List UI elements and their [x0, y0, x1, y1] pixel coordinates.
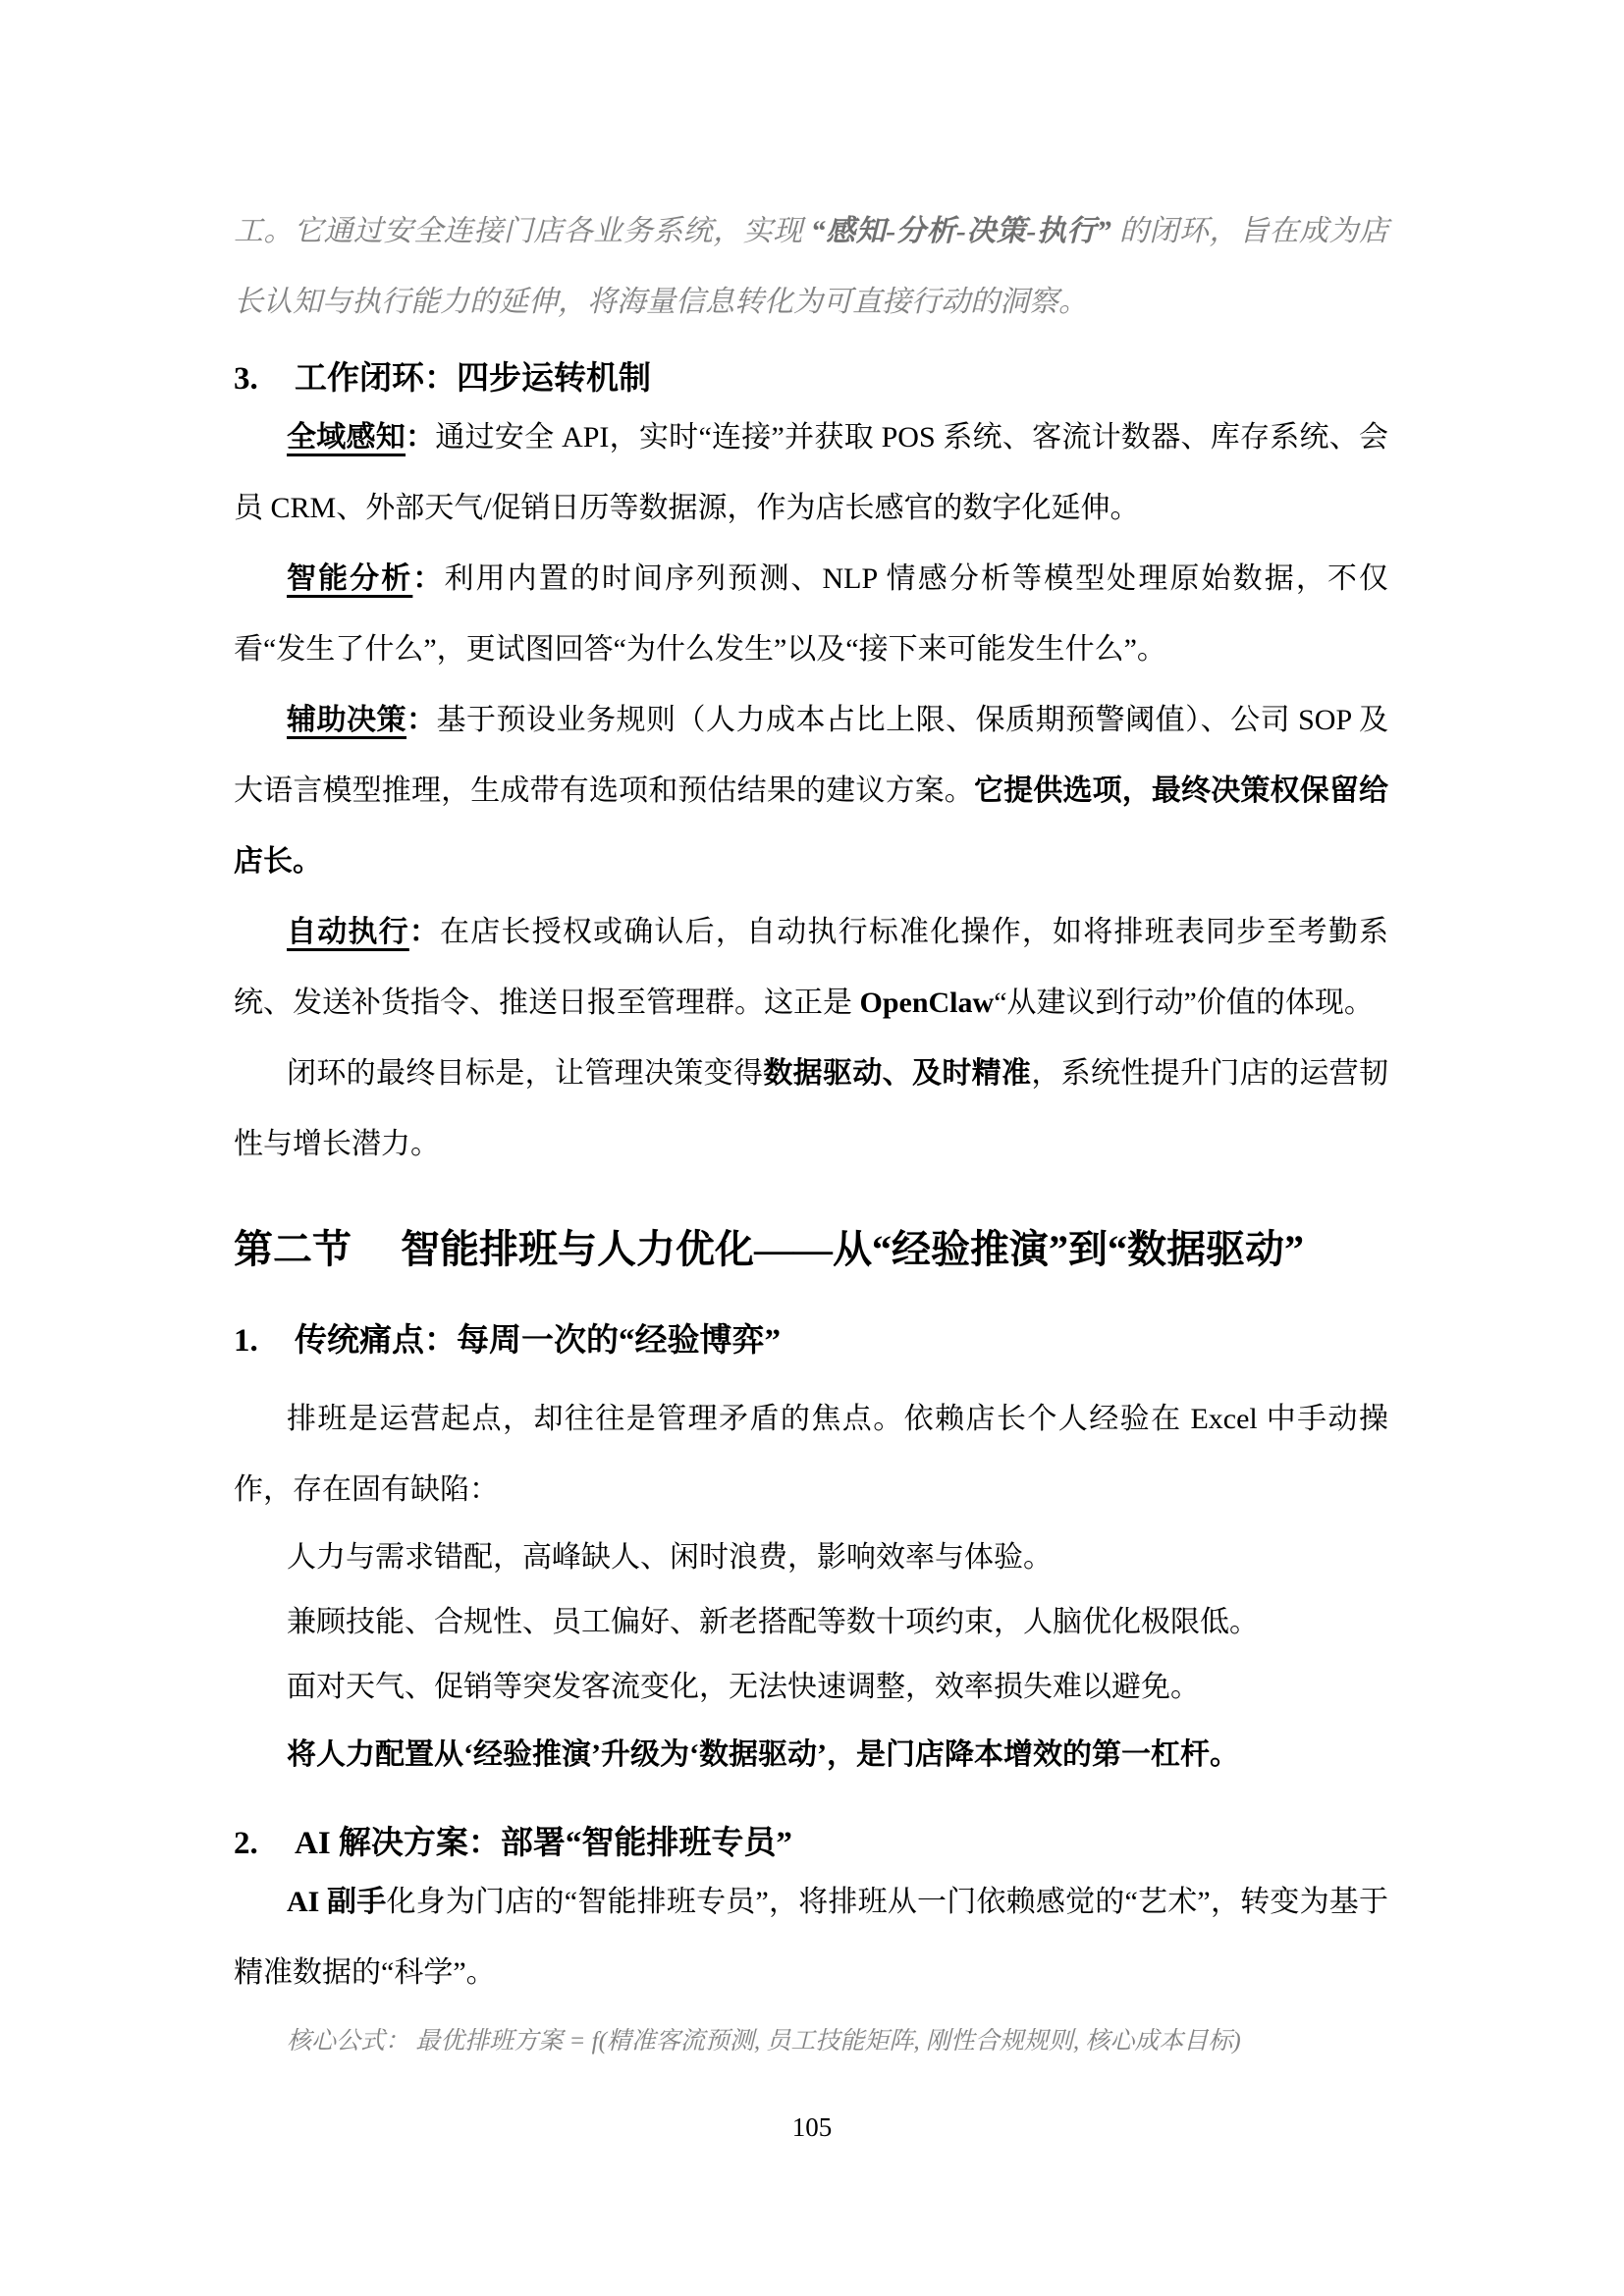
goal-bold: 数据驱动、及时精准: [763, 1057, 1031, 1090]
heading-ai-solution: 2.AI 解决方案：部署“智能排班专员”: [234, 1820, 1388, 1867]
pain-issue-mismatch: 人力与需求错配，高峰缺人、闲时浪费，影响效率与体验。: [234, 1525, 1388, 1590]
section-label: 第二节: [234, 1227, 352, 1271]
paragraph-step-analysis: 智能分析：利用内置的时间序列预测、NLP 情感分析等模型处理原始数据，不仅看“发…: [234, 544, 1388, 685]
section-title: 智能排班与人力优化——从“经验推演”到“数据驱动”: [401, 1227, 1304, 1271]
heading-number: 2.: [234, 1820, 295, 1867]
heading-title: 传统痛点：每周一次的“经验博弈”: [295, 1323, 781, 1359]
intro-continuation-paragraph: 工。它通过安全连接门店各业务系统，实现 “感知-分析-决策-执行” 的闭环，旨在…: [234, 196, 1388, 338]
paragraph-step-decision: 辅助决策：基于预设业务规则（人力成本占比上限、保质期预警阈值）、公司 SOP 及…: [234, 685, 1388, 897]
paragraph-loop-goal: 闭环的最终目标是，让管理决策变得数据驱动、及时精准，系统性提升门店的运营韧性与增…: [234, 1039, 1388, 1180]
ai-assistant-bold-lead: AI 副手: [287, 1886, 386, 1918]
heading-number: 3.: [234, 355, 295, 402]
pain-issue-sudden-change: 面对天气、促销等突发客流变化，无法快速调整，效率损失难以避免。: [234, 1655, 1388, 1720]
paragraph-pain-conclusion: 将人力配置从‘经验推演’升级为‘数据驱动’，是门店降本增效的第一杠杆。: [234, 1720, 1388, 1790]
page-number: 105: [0, 2112, 1624, 2143]
intro-bold-phrase: “感知-分析-决策-执行”: [811, 215, 1111, 247]
step-bold-brand: OpenClaw: [860, 987, 995, 1019]
heading-title: 工作闭环：四步运转机制: [295, 361, 651, 397]
heading-work-loop: 3.工作闭环：四步运转机制: [234, 355, 1388, 402]
paragraph-ai-solution: AI 副手化身为门店的“智能排班专员”，将排班从一门依赖感觉的“艺术”，转变为基…: [234, 1867, 1388, 2008]
paragraph-step-perception: 全域感知：通过安全 API，实时“连接”并获取 POS 系统、客流计数器、库存系…: [234, 402, 1388, 544]
step-lead-execution: 自动执行: [287, 916, 409, 948]
intro-text-pre: 工。它通过安全连接门店各业务系统，实现: [234, 215, 811, 247]
document-page: 工。它通过安全连接门店各业务系统，实现 “感知-分析-决策-执行” 的闭环，旨在…: [0, 0, 1624, 2296]
step-lead-analysis: 智能分析: [287, 562, 412, 595]
heading-title: AI 解决方案：部署“智能排班专员”: [295, 1826, 792, 1861]
step-lead-decision: 辅助决策: [287, 704, 406, 736]
formula-label: 核心公式：: [287, 2028, 409, 2055]
pain-issue-constraints: 兼顾技能、合规性、员工偏好、新老搭配等数十项约束，人脑优化极限低。: [234, 1590, 1388, 1655]
step-colon: ：: [406, 704, 437, 736]
step-colon: ：: [409, 916, 440, 948]
paragraph-pain-intro: 排班是运营起点，却往往是管理矛盾的焦点。依赖店长个人经验在 Excel 中手动操…: [234, 1384, 1388, 1525]
paragraph-core-formula: 核心公式： 最优排班方案 = f(精准客流预测, 员工技能矩阵, 刚性合规规则,…: [234, 2012, 1388, 2071]
goal-pre: 闭环的最终目标是，让管理决策变得: [287, 1057, 763, 1090]
heading-traditional-pain: 1.传统痛点：每周一次的“经验博弈”: [234, 1317, 1388, 1364]
step-lead-perception: 全域感知: [287, 421, 406, 454]
step-colon: ：: [406, 421, 435, 454]
step-colon: ：: [412, 562, 444, 595]
formula-expression: 最优排班方案 = f(精准客流预测, 员工技能矩阵, 刚性合规规则, 核心成本目…: [409, 2028, 1241, 2055]
step-tail: “从建议到行动”价值的体现。: [994, 987, 1374, 1019]
ai-solution-body: 化身为门店的“智能排班专员”，将排班从一门依赖感觉的“艺术”，转变为基于精准数据…: [234, 1886, 1388, 1989]
paragraph-step-execution: 自动执行：在店长授权或确认后，自动执行标准化操作，如将排班表同步至考勤系统、发送…: [234, 897, 1388, 1039]
heading-number: 1.: [234, 1317, 295, 1364]
heading-section-2: 第二节智能排班与人力优化——从“经验推演”到“数据驱动”: [234, 1221, 1388, 1278]
